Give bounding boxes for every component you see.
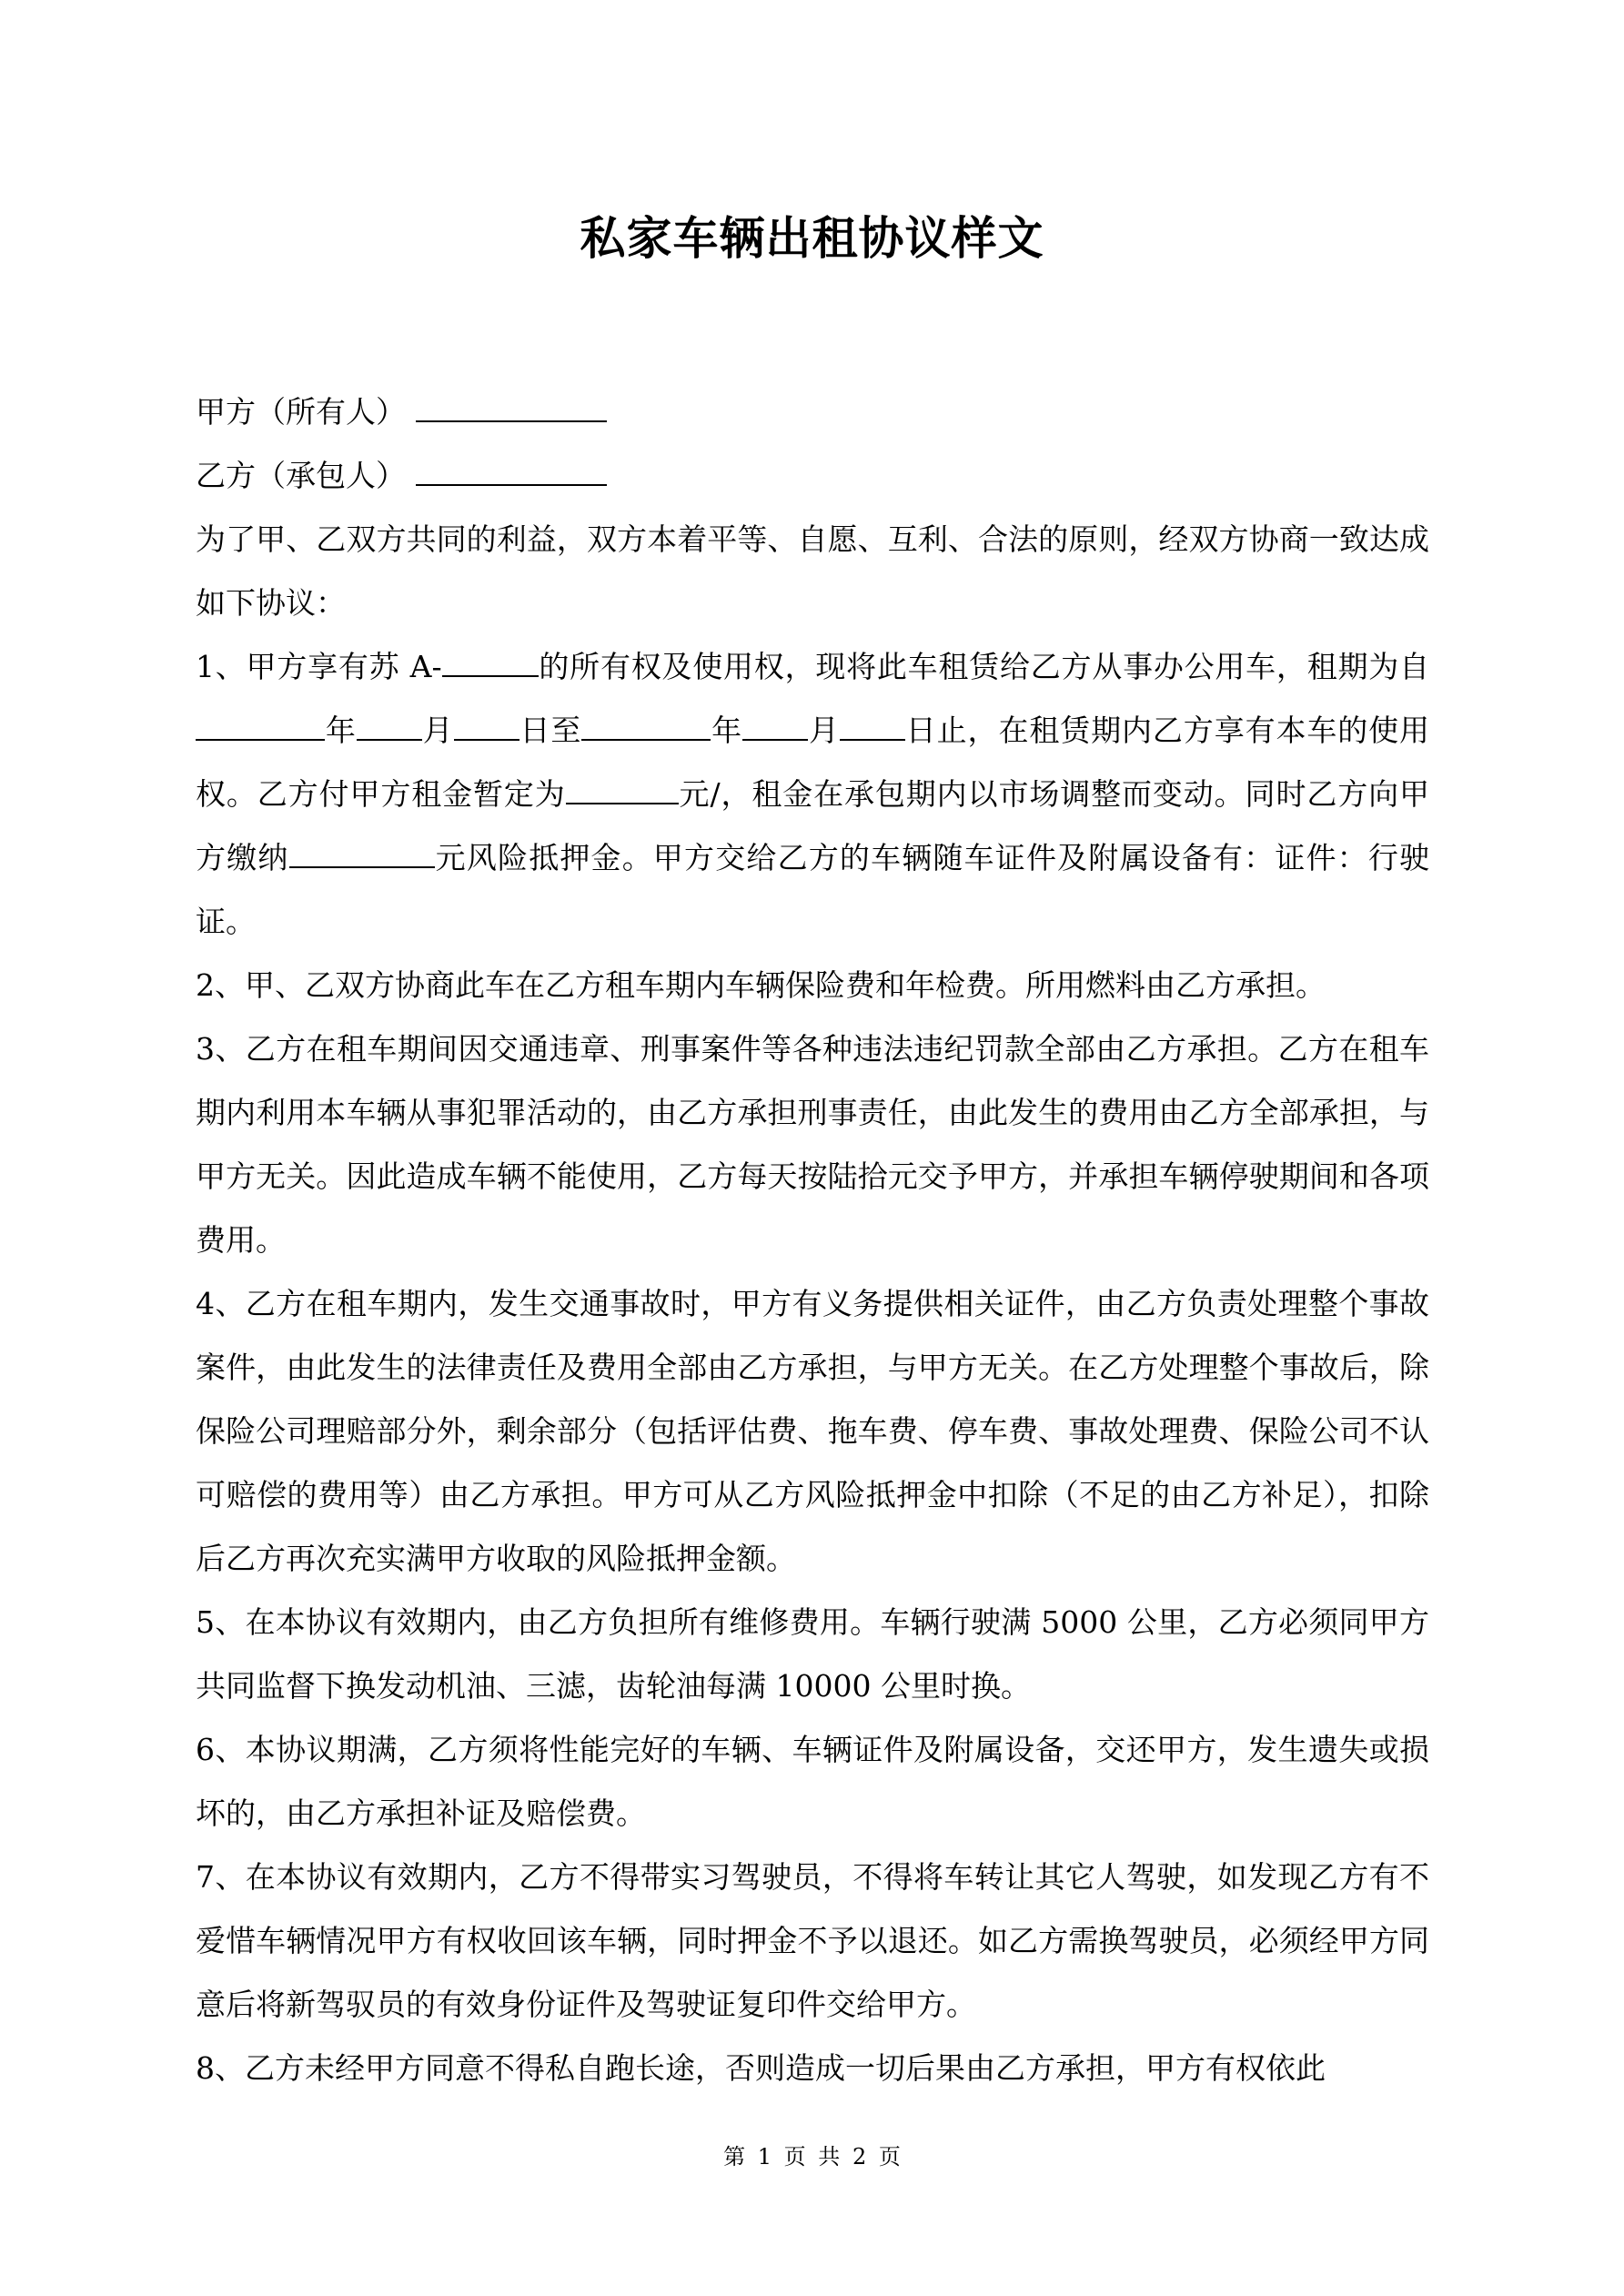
clause-1-text: 1、甲方享有苏 A-	[196, 649, 442, 684]
intro-paragraph: 为了甲、乙双方共同的利益，双方本着平等、自愿、互利、合法的原则，经双方协商一致达…	[196, 508, 1429, 635]
clause-6: 6、本协议期满，乙方须将性能完好的车辆、车辆证件及附属设备，交还甲方，发生遗失或…	[196, 1718, 1429, 1846]
party-a-blank	[416, 393, 607, 422]
clause-1-text: 年	[325, 713, 357, 748]
start-day-blank	[454, 712, 519, 741]
clause-1-text: 年	[711, 713, 742, 748]
clause-2: 2、甲、乙双方协商此车在乙方租车期内车辆保险费和年检费。所用燃料由乙方承担。	[196, 954, 1429, 1017]
document-page: 私家车辆出租协议样文 甲方（所有人） 乙方（承包人） 为了甲、乙双方共同的利益，…	[0, 0, 1624, 2296]
clause-8: 8、乙方未经甲方同意不得私自跑长途，否则造成一切后果由乙方承担，甲方有权依此	[196, 2037, 1429, 2100]
start-month-blank	[357, 712, 422, 741]
end-year-blank	[581, 712, 711, 741]
party-b-line: 乙方（承包人）	[196, 444, 1429, 508]
clause-4: 4、乙方在租车期内，发生交通事故时，甲方有义务提供相关证件，由乙方负责处理整个事…	[196, 1272, 1429, 1591]
deposit-amount-blank	[289, 839, 435, 868]
clause-1-text: 月	[808, 713, 840, 748]
end-month-blank	[742, 712, 808, 741]
plate-number-blank	[442, 648, 539, 677]
document-body: 甲方（所有人） 乙方（承包人） 为了甲、乙双方共同的利益，双方本着平等、自愿、互…	[196, 380, 1429, 2100]
party-b-label: 乙方（承包人）	[196, 458, 406, 493]
party-a-label: 甲方（所有人）	[196, 394, 406, 430]
clause-1-text: 月	[422, 713, 454, 748]
clause-7: 7、在本协议有效期内，乙方不得带实习驾驶员，不得将车转让其它人驾驶，如发现乙方有…	[196, 1846, 1429, 2037]
clause-1-text: 的所有权及使用权，现将此车租赁给乙方从事办公用车，租期为自	[539, 649, 1429, 684]
party-b-blank	[416, 457, 607, 486]
clause-3: 3、乙方在租车期间因交通违章、刑事案件等各种违法违纪罚款全部由乙方承担。乙方在租…	[196, 1017, 1429, 1272]
clause-1-text: 日至	[519, 713, 582, 748]
party-a-line: 甲方（所有人）	[196, 380, 1429, 444]
clause-1: 1、甲方享有苏 A-的所有权及使用权，现将此车租赁给乙方从事办公用车，租期为自年…	[196, 635, 1429, 954]
page-indicator: 第 1 页 共 2 页	[0, 2143, 1624, 2170]
start-year-blank	[196, 712, 325, 741]
end-day-blank	[840, 712, 905, 741]
clause-5: 5、在本协议有效期内，由乙方负担所有维修费用。车辆行驶满 5000 公里，乙方必…	[196, 1591, 1429, 1718]
rent-amount-blank	[566, 775, 679, 804]
document-title: 私家车辆出租协议样文	[0, 202, 1624, 275]
